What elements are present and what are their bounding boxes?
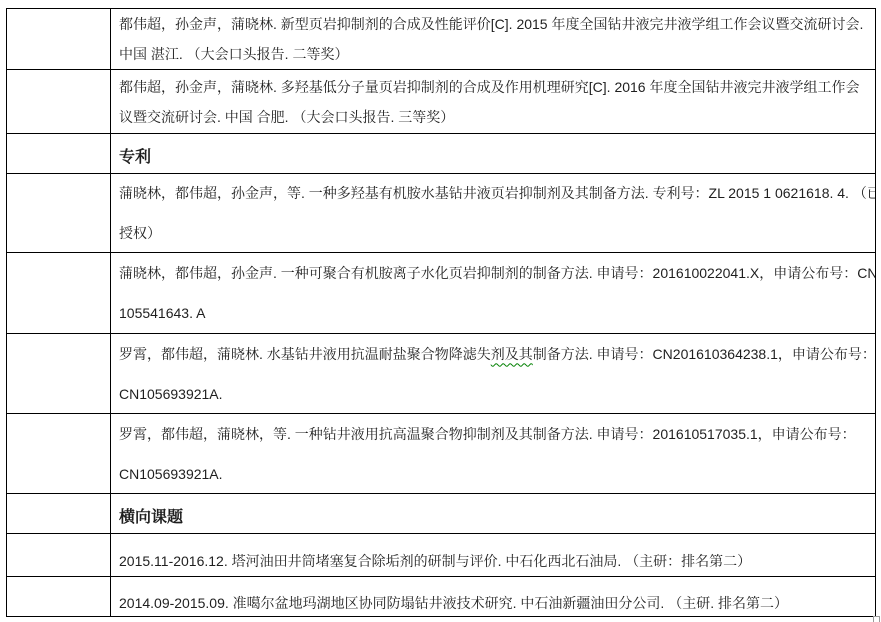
content-cell: 蒲晓林，都伟超，孙金声. 一种可聚合有机胺离子水化页岩抑制剂的制备方法. 申请号… — [111, 253, 875, 333]
content-cell: 专利 — [111, 134, 875, 173]
content-cell: 蒲晓林，都伟超，孙金声，等. 一种多羟基有机胺水基钻井液页岩抑制剂及其制备方法.… — [111, 174, 875, 252]
label-cell — [7, 9, 111, 69]
label-cell — [7, 70, 111, 133]
text-line: 都伟超，孙金声，蒲晓林. 新型页岩抑制剂的合成及性能评价[C]. 2015 年度… — [119, 9, 871, 39]
row-patent-1: 蒲晓林，都伟超，孙金声，等. 一种多羟基有机胺水基钻井液页岩抑制剂及其制备方法.… — [7, 174, 875, 253]
text-line: 都伟超，孙金声，蒲晓林. 多羟基低分子量页岩抑制剂的合成及作用机理研究[C]. … — [119, 72, 871, 102]
text-line: 蒲晓林，都伟超，孙金声，等. 一种多羟基有机胺水基钻井液页岩抑制剂及其制备方法.… — [119, 174, 871, 213]
row-conference-paper-2: 都伟超，孙金声，蒲晓林. 多羟基低分子量页岩抑制剂的合成及作用机理研究[C]. … — [7, 70, 875, 134]
row-section-patents: 专利 — [7, 134, 875, 174]
text-line: CN105693921A. — [119, 454, 871, 494]
label-cell — [7, 534, 111, 576]
text-line: CN105693921A. — [119, 374, 871, 414]
content-cell: 横向课题 — [111, 494, 875, 533]
content-cell: 罗霄，都伟超，蒲晓林. 水基钻井液用抗温耐盐聚合物降滤失剂及其制备方法. 申请号… — [111, 334, 875, 413]
text-line: 议暨交流研讨会. 中国 合肥. （大会口头报告. 三等奖） — [119, 102, 871, 132]
text-line: 105541643. A — [119, 293, 871, 333]
text-line: 罗霄，都伟超，蒲晓林，等. 一种钻井液用抗高温聚合物抑制剂及其制备方法. 申请号… — [119, 414, 871, 454]
spellcheck-flagged-text: 剂及其 — [491, 346, 533, 362]
label-cell — [7, 334, 111, 413]
text-line: 蒲晓林，都伟超，孙金声. 一种可聚合有机胺离子水化页岩抑制剂的制备方法. 申请号… — [119, 253, 871, 293]
row-patent-3: 罗霄，都伟超，蒲晓林. 水基钻井液用抗温耐盐聚合物降滤失剂及其制备方法. 申请号… — [7, 334, 875, 414]
text-line: 罗霄，都伟超，蒲晓林. 水基钻井液用抗温耐盐聚合物降滤失剂及其制备方法. 申请号… — [119, 334, 871, 374]
content-cell: 都伟超，孙金声，蒲晓林. 新型页岩抑制剂的合成及性能评价[C]. 2015 年度… — [111, 9, 875, 69]
row-project-1: 2015.11-2016.12. 塔河油田井筒堵塞复合除垢剂的研制与评价. 中石… — [7, 534, 875, 577]
content-cell: 都伟超，孙金声，蒲晓林. 多羟基低分子量页岩抑制剂的合成及作用机理研究[C]. … — [111, 70, 875, 133]
text-line: 中国 湛江. （大会口头报告. 二等奖） — [119, 39, 871, 69]
label-cell — [7, 577, 111, 616]
label-cell — [7, 134, 111, 173]
text-line: 授权） — [119, 213, 871, 252]
text-segment: 罗霄，都伟超，蒲晓林. 水基钻井液用抗温耐盐聚合物降滤失 — [119, 346, 491, 362]
row-section-projects: 横向课题 — [7, 494, 875, 534]
section-heading: 横向课题 — [119, 504, 871, 527]
text-segment: 制备方法. 申请号：CN201610364238.1，申请公布号： — [533, 346, 875, 362]
text-line: 2015.11-2016.12. 塔河油田井筒堵塞复合除垢剂的研制与评价. 中石… — [119, 551, 871, 571]
content-cell: 2014.09-2015.09. 准噶尔盆地玛湖地区协同防塌钻井液技术研究. 中… — [111, 577, 875, 616]
label-cell — [7, 414, 111, 493]
academic-record-table: 都伟超，孙金声，蒲晓林. 新型页岩抑制剂的合成及性能评价[C]. 2015 年度… — [6, 8, 876, 617]
row-patent-4: 罗霄，都伟超，蒲晓林，等. 一种钻井液用抗高温聚合物抑制剂及其制备方法. 申请号… — [7, 414, 875, 494]
row-project-2: 2014.09-2015.09. 准噶尔盆地玛湖地区协同防塌钻井液技术研究. 中… — [7, 577, 875, 616]
content-cell: 罗霄，都伟超，蒲晓林，等. 一种钻井液用抗高温聚合物抑制剂及其制备方法. 申请号… — [111, 414, 875, 493]
text-line: 2014.09-2015.09. 准噶尔盆地玛湖地区协同防塌钻井液技术研究. 中… — [119, 593, 871, 613]
row-patent-2: 蒲晓林，都伟超，孙金声. 一种可聚合有机胺离子水化页岩抑制剂的制备方法. 申请号… — [7, 253, 875, 334]
label-cell — [7, 494, 111, 533]
row-conference-paper-1: 都伟超，孙金声，蒲晓林. 新型页岩抑制剂的合成及性能评价[C]. 2015 年度… — [7, 9, 875, 70]
content-cell: 2015.11-2016.12. 塔河油田井筒堵塞复合除垢剂的研制与评价. 中石… — [111, 534, 875, 576]
label-cell — [7, 174, 111, 252]
label-cell — [7, 253, 111, 333]
section-heading: 专利 — [119, 144, 871, 167]
table-resize-handle[interactable] — [873, 616, 880, 622]
